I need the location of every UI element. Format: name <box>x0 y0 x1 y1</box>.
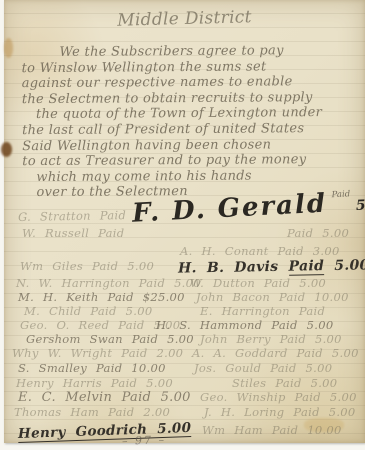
signer-entry: Thomas Ham Paid 2.00 <box>14 405 170 419</box>
paid-label: Paid <box>331 189 350 200</box>
signer-entry: J. H. Loring Paid 5.00 <box>204 405 356 419</box>
signer-entry: A. A. Goddard Paid 5.00 <box>192 346 359 360</box>
pencil-total: – 97 – <box>122 433 166 448</box>
signature-row: Geo. O. Reed Paid 5.00 H. S. Hammond Pai… <box>4 318 365 333</box>
signer-entry: Stiles Paid 5.00 <box>232 376 337 390</box>
signer-entry: W. Russell Paid <box>22 226 124 240</box>
signer-entry: Gershom Swan Paid 5.00 <box>26 332 194 346</box>
signer-entry: A. H. Conant Paid 3.00 <box>180 244 340 258</box>
signature-row: Why W. Wright Paid 2.00 A. A. Goddard Pa… <box>4 346 365 361</box>
signer-entry: E. Harrington Paid <box>200 304 325 318</box>
signer-entry: N. W. Harrington Paid 5.00 <box>16 276 201 290</box>
signature-row: N. W. Harrington Paid 5.00 W. Dutton Pai… <box>4 276 365 291</box>
signature-row: Thomas Ham Paid 2.00 J. H. Loring Paid 5… <box>4 405 365 420</box>
signature-row: Henry Goodrich 5.00 Wm Ham Paid 10.00 <box>4 423 365 438</box>
signature-row: Gershom Swan Paid 5.00 John Berry Paid 5… <box>4 332 365 347</box>
signer-entry: Jos. Gould Paid 5.00 <box>194 361 332 375</box>
signature-row: W. Russell Paid Paid 5.00 <box>4 226 365 241</box>
signer-entry: Paid 5.00 <box>287 226 349 240</box>
signer-name: H. B. Davis <box>178 259 279 277</box>
signer-entry: Why W. Wright Paid 2.00 <box>12 346 183 360</box>
document-body: We the Subscribers agree to pay to Winsl… <box>21 43 352 201</box>
signer-entry: H. B. Davis Paid 5.00 <box>178 257 365 276</box>
signature-row: M. Child Paid 5.00 E. Harrington Paid <box>4 304 365 319</box>
signature-row: M. H. Keith Paid $25.00 John Bacon Paid … <box>4 290 365 305</box>
signature-row: E. C. Melvin Paid 5.00 Geo. Winship Paid… <box>4 390 365 405</box>
signer-entry: John Berry Paid 5.00 <box>200 332 342 346</box>
signature-row: S. Smalley Paid 10.00 Jos. Gould Paid 5.… <box>4 361 365 376</box>
paid-label: Paid <box>288 258 324 276</box>
signature-row: Wm Giles Paid 5.00 H. B. Davis Paid 5.00 <box>4 259 365 274</box>
signer-entry: Geo. Winship Paid 5.00 <box>200 390 357 404</box>
signer-entry: M. H. Keith Paid $25.00 <box>18 290 185 304</box>
signer-entry: M. Child Paid 5.00 <box>24 304 152 318</box>
signer-entry: Henry Harris Paid 5.00 <box>16 376 173 390</box>
signer-entry: Wm Giles Paid 5.00 <box>20 259 154 273</box>
signer-entry: H. S. Hammond Paid 5.00 <box>156 318 333 332</box>
amount: 5.00 <box>334 257 365 274</box>
signature-row: G. Stratton Paid <box>4 209 365 224</box>
signer-entry: E. C. Melvin Paid 5.00 <box>18 390 191 405</box>
signer-entry: John Bacon Paid 10.00 <box>196 290 349 304</box>
edge-stain <box>4 38 13 58</box>
signature-row: A. H. Conant Paid 3.00 <box>4 244 365 259</box>
body-line: the last call of President of united Sta… <box>22 121 352 139</box>
signer-entry: S. Smalley Paid 10.00 <box>18 361 166 375</box>
scanned-document: Middle District We the Subscribers agree… <box>0 0 365 450</box>
signer-entry: Wm Ham Paid 10.00 <box>202 423 342 437</box>
body-line: to act as Treasurer and to pay the money <box>22 152 352 170</box>
signature-row: Henry Harris Paid 5.00 Stiles Paid 5.00 <box>4 376 365 391</box>
signer-entry: W. Dutton Paid 5.00 <box>190 276 326 290</box>
paper-sheet: Middle District We the Subscribers agree… <box>4 0 365 443</box>
ink-stain <box>1 142 12 157</box>
signer-entry: G. Stratton Paid <box>18 208 126 224</box>
document-title: Middle District <box>4 4 365 33</box>
